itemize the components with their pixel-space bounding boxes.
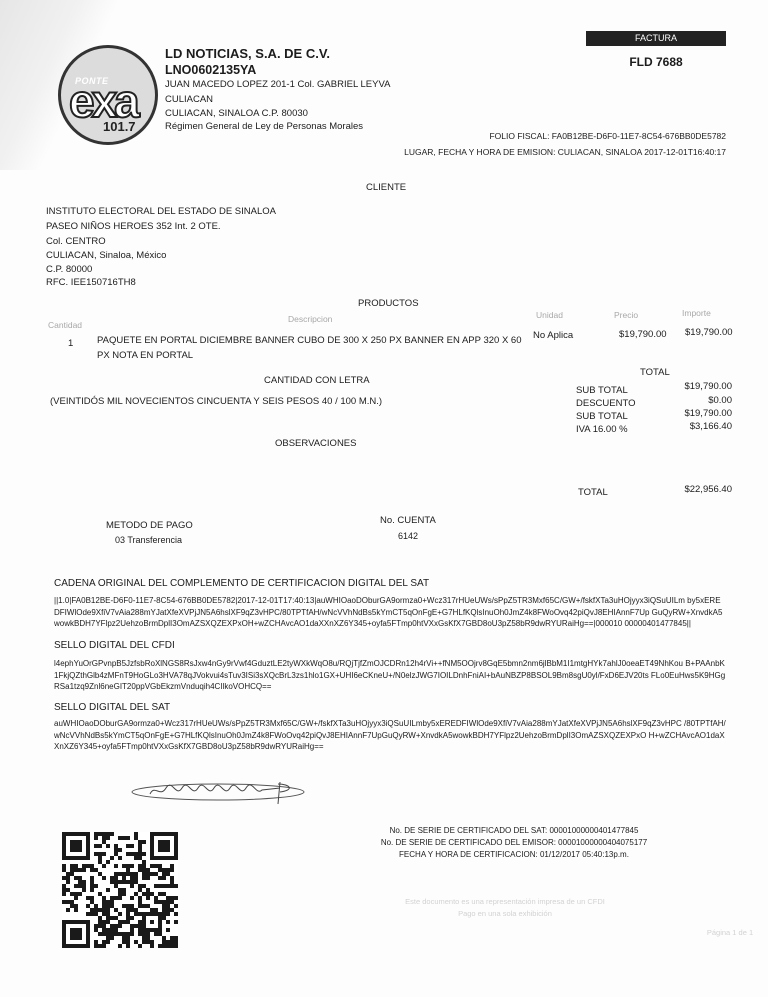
totals-subtotal2-label: SUB TOTAL bbox=[576, 411, 628, 422]
products-section-title: PRODUCTOS bbox=[358, 298, 419, 309]
totals-subtotal-label: SUB TOTAL bbox=[576, 385, 628, 396]
footer-payment-note: Pago en una sola exhibición bbox=[380, 909, 630, 918]
issuer-regime: Régimen General de Ley de Personas Moral… bbox=[165, 121, 363, 132]
column-header-amount: Importe bbox=[682, 308, 711, 318]
client-section-title: CLIENTE bbox=[366, 182, 406, 193]
totals-discount-label: DESCUENTO bbox=[576, 398, 635, 409]
totals-discount-value: $0.00 bbox=[708, 395, 732, 406]
account-label: No. CUENTA bbox=[380, 515, 436, 526]
client-street: PASEO NIÑOS HEROES 352 Int. 2 OTE. bbox=[46, 221, 221, 232]
logo-brand: exa bbox=[69, 78, 137, 124]
document-type-banner: FACTURA bbox=[586, 31, 726, 46]
row-quantity: 1 bbox=[68, 338, 73, 349]
totals-subtotal-value: $19,790.00 bbox=[684, 381, 732, 392]
certification-datetime: FECHA Y HORA DE CERTIFICACION: 01/12/201… bbox=[354, 850, 674, 859]
observations-title: OBSERVACIONES bbox=[275, 438, 356, 449]
row-unit: No Aplica bbox=[533, 330, 573, 341]
sat-certificate-serial: No. DE SERIE DE CERTIFICADO DEL SAT: 000… bbox=[354, 826, 674, 835]
column-header-price: Precio bbox=[614, 310, 638, 320]
column-header-description: Descripcion bbox=[288, 314, 332, 324]
issuer-address-line3: CULIACAN, SINALOA C.P. 80030 bbox=[165, 108, 308, 119]
company-logo: PONTE exa 101.7 bbox=[58, 45, 158, 145]
cadena-original-title: CADENA ORIGINAL DEL COMPLEMENTO DE CERTI… bbox=[54, 578, 429, 589]
totals-subtotal2-value: $19,790.00 bbox=[684, 408, 732, 419]
sello-sat-title: SELLO DIGITAL DEL SAT bbox=[54, 702, 170, 713]
logo-frequency: 101.7 bbox=[103, 119, 136, 134]
payment-method-label: METODO DE PAGO bbox=[106, 520, 193, 531]
page-indicator: Página 1 de 1 bbox=[700, 928, 760, 937]
sello-cfdi-text: l4ephYuOrGPvnpB5JzfsbRoXlNGS8RsJxw4nGy9r… bbox=[54, 658, 726, 693]
issuer-address-line2: CULIACAN bbox=[165, 94, 213, 105]
totals-iva-value: $3,166.40 bbox=[690, 421, 732, 432]
column-header-quantity: Cantidad bbox=[48, 320, 82, 330]
signature bbox=[130, 778, 310, 808]
column-header-unit: Unidad bbox=[536, 310, 563, 320]
account-value: 6142 bbox=[398, 531, 418, 541]
issue-place-date: LUGAR, FECHA Y HORA DE EMISION: CULIACAN… bbox=[404, 147, 726, 157]
qr-code bbox=[62, 832, 178, 948]
payment-method-value: 03 Transferencia bbox=[115, 535, 182, 545]
grand-total-label: TOTAL bbox=[578, 487, 608, 498]
row-description-line1: PAQUETE EN PORTAL DICIEMBRE BANNER CUBO … bbox=[97, 335, 522, 346]
client-zip: C.P. 80000 bbox=[46, 264, 92, 275]
client-city: CULIACAN, Sinaloa, México bbox=[46, 250, 166, 261]
row-description-line2: PX NOTA EN PORTAL bbox=[97, 350, 193, 361]
client-rfc: RFC. IEE150716TH8 bbox=[46, 277, 136, 288]
footer-cfdi-note: Este documento es una representación imp… bbox=[380, 897, 630, 906]
cadena-original-text: ||1.0|FA0B12BE-D6F0-11E7-8C54-676BB0DE57… bbox=[54, 595, 726, 630]
totals-iva-label: IVA 16.00 % bbox=[576, 424, 628, 435]
amount-words-text: (VEINTIDÓS MIL NOVECIENTOS CINCUENTA Y S… bbox=[50, 396, 382, 407]
client-colony: Col. CENTRO bbox=[46, 236, 106, 247]
issuer-rfc: LNO0602135YA bbox=[165, 63, 256, 77]
client-name: INSTITUTO ELECTORAL DEL ESTADO DE SINALO… bbox=[46, 206, 276, 217]
amount-words-title: CANTIDAD CON LETRA bbox=[264, 375, 370, 386]
folio-fiscal: FOLIO FISCAL: FA0B12BE-D6F0-11E7-8C54-67… bbox=[489, 131, 726, 141]
sello-cfdi-title: SELLO DIGITAL DEL CFDI bbox=[54, 640, 175, 651]
invoice-number: FLD 7688 bbox=[586, 55, 726, 69]
row-price: $19,790.00 bbox=[619, 329, 667, 340]
sello-sat-text: auWHIOaoDOburGA9ormza0+Wcz317rHUeUWs/sPp… bbox=[54, 718, 726, 753]
issuer-name: LD NOTICIAS, S.A. DE C.V. bbox=[165, 46, 330, 61]
row-amount: $19,790.00 bbox=[685, 327, 733, 338]
totals-title: TOTAL bbox=[640, 367, 670, 378]
issuer-address-line1: JUAN MACEDO LOPEZ 201-1 Col. GABRIEL LEY… bbox=[165, 79, 390, 90]
grand-total-value: $22,956.40 bbox=[684, 484, 732, 495]
issuer-certificate-serial: No. DE SERIE DE CERTIFICADO DEL EMISOR: … bbox=[354, 838, 674, 847]
